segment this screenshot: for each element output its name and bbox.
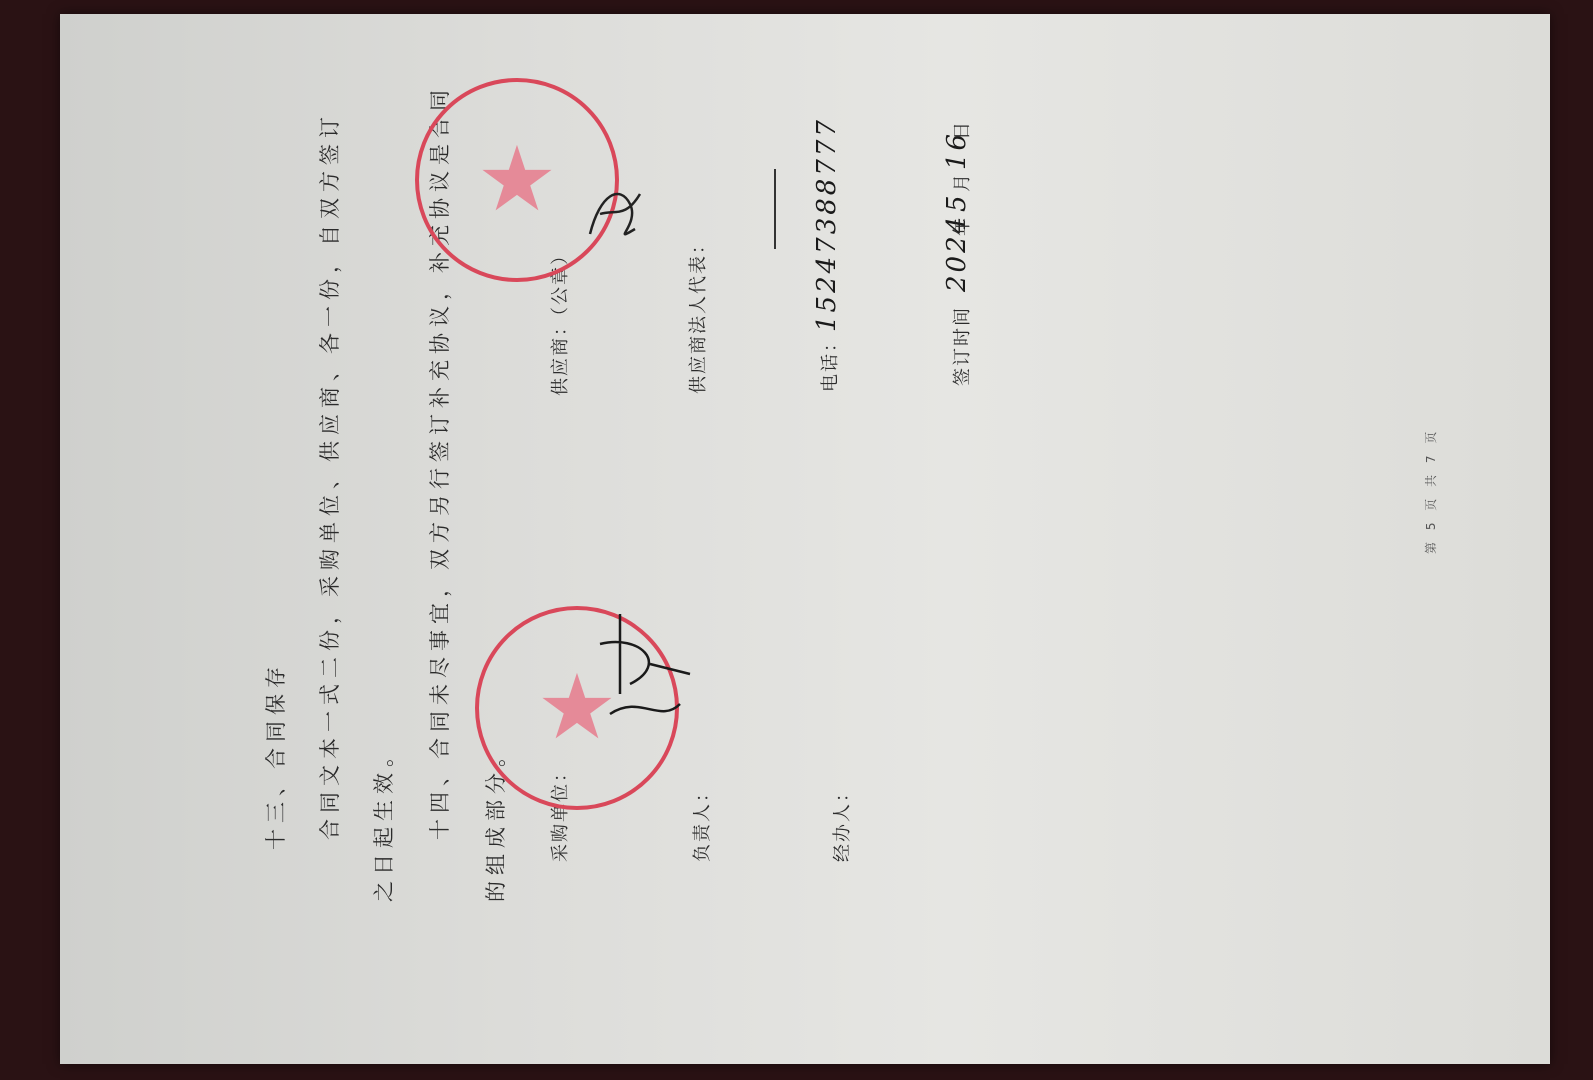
page-footer: 第 5 页 共 7 页 [1422, 428, 1439, 554]
supplier-stamp: ★ [415, 78, 619, 282]
star-icon: ★ [537, 663, 618, 753]
contract-page: 十三、合同保存 合同文本一式二份，采购单位、供应商、各一份，自双方签订 之日起生… [60, 14, 1550, 1064]
supplier-rep-label: 供应商法人代表： [684, 234, 710, 394]
year-char: 年 [948, 216, 974, 236]
section13-line1: 合同文本一式二份，采购单位、供应商、各一份，自双方签订 [314, 111, 344, 840]
sign-date-label: 签订时间 [948, 306, 974, 386]
handler-label: 经办人： [828, 782, 854, 862]
purchaser-stamp: ★ [475, 606, 679, 810]
day-char: 日 [948, 120, 974, 140]
phone-value: 15247388777 [812, 117, 842, 332]
sign-date-month: 5 [942, 192, 972, 212]
section13-line2: 之日起生效。 [368, 740, 398, 902]
star-icon: ★ [477, 135, 558, 225]
principal-label: 负责人： [688, 782, 714, 862]
phone-label: 电话： [816, 332, 842, 392]
month-char: 月 [948, 172, 974, 192]
section13-title: 十三、合同保存 [260, 661, 290, 850]
phone-underline-mark [760, 164, 790, 254]
